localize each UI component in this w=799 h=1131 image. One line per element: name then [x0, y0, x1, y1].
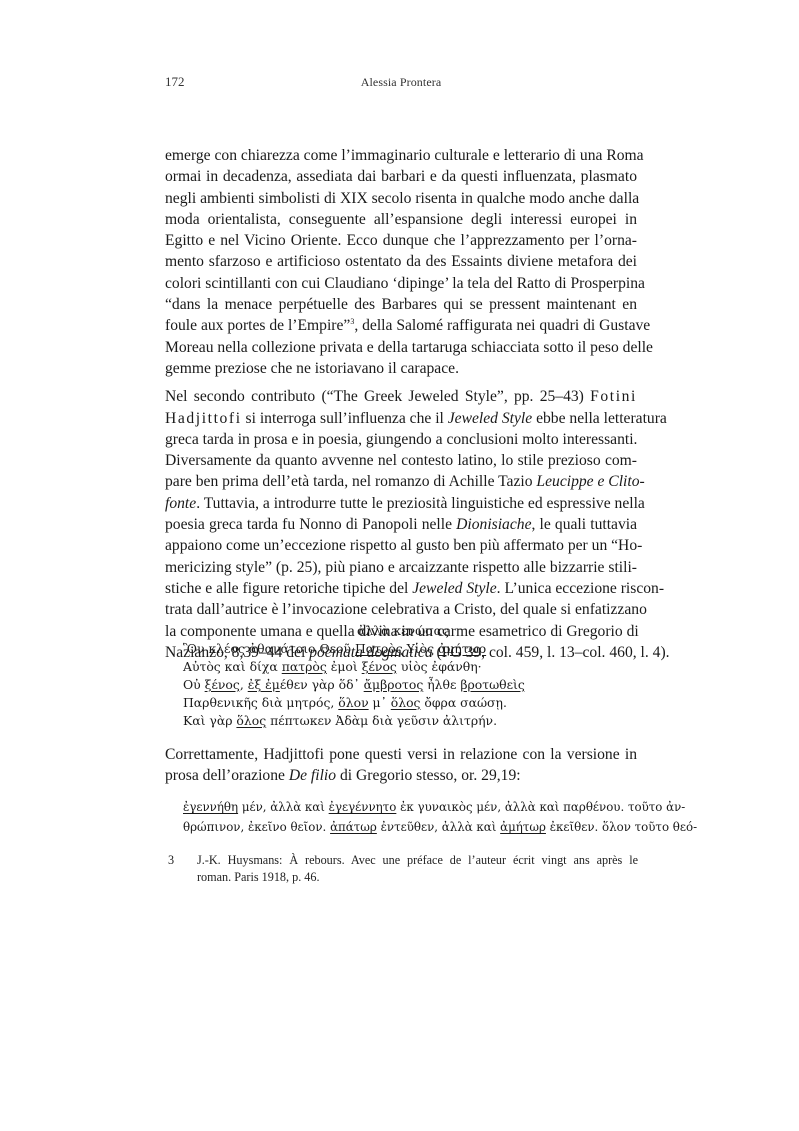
text-fragment: , le quali tuttavia	[532, 516, 638, 533]
verse-fragment: υἱὸς ἐφάνθη·	[397, 659, 482, 674]
footnote-line: roman. Paris 1918, p. 46.	[197, 869, 638, 886]
text-fragment: foule aux portes de l’Empire”	[165, 317, 350, 334]
verse-line: Οὐ ξένος, ἐξ ἐμέθεν γὰρ ὅδ᾽ ἄμβροτος ἦλθ…	[183, 676, 503, 694]
italic-term: Jeweled Style	[448, 410, 532, 427]
verse-fragment: Αὐτὸς καὶ δίχα	[183, 659, 282, 674]
text-fragment: prosa dell’orazione	[165, 767, 289, 784]
text-line: prosa dell’orazione De filio di Gregorio…	[165, 765, 637, 786]
verse-fragment: Υἱὸς	[403, 641, 438, 656]
underlined-word: ἀμήτωρ	[438, 641, 486, 656]
text-line: moda orientalista, conseguente all’espan…	[165, 209, 637, 230]
greek-verse-quotation: ἀλλὰ κενώσας Ὃν κλέος ἀθανάτοιο Θεοῦ Πατ…	[183, 622, 503, 730]
text-fragment: ebbe nella letteratura	[532, 410, 667, 427]
verse-fragment: ἦλθε	[423, 677, 460, 692]
verse-fragment: πέπτωκεν Ἀδὰμ διὰ γεῦσιν ἀλιτρήν.	[266, 713, 497, 728]
text-line: Egitto e nel Vicino Oriente. Ecco dunque…	[165, 230, 637, 251]
italic-term: Jeweled Style	[412, 580, 496, 597]
text-fragment: si interroga sull’influenza che il	[242, 410, 448, 427]
text-line: emerge con chiarezza come l’immaginario …	[165, 145, 637, 166]
running-head-author: Alessia Prontera	[165, 75, 637, 90]
greek-line: ἐγεννήθη μέν, ἀλλὰ καὶ ἐγεγέννητο ἐκ γυν…	[183, 797, 637, 817]
text-fragment: di Gregorio stesso, or. 29,19:	[336, 767, 521, 784]
greek-line: θρώπινον, ἐκεῖνο θεῖον. ἀπάτωρ ἐντεῦθεν,…	[183, 817, 637, 837]
book-page: 172 Alessia Prontera emerge con chiarezz…	[0, 0, 799, 1131]
verse-fragment: Ὃν κλέος ἀθανάτοιο Θεοῦ	[183, 641, 355, 656]
text-line: Correttamente, Hadjittofi pone questi ve…	[165, 744, 637, 765]
verse-fragment: Οὐ	[183, 677, 205, 692]
text-fragment: , della Salomé raffigurata nei quadri di…	[354, 317, 650, 334]
text-line: greca tarda in prosa e in poesia, giunge…	[165, 429, 637, 450]
text-line: ormai in decadenza, assediata dai barbar…	[165, 166, 637, 187]
greek-fragment: ἐντεῦθεν, ἀλλὰ καὶ	[377, 820, 500, 834]
footnote-3: 3 J.-K. Huysmans: À rebours. Avec une pr…	[168, 852, 638, 886]
text-fragment: poesia greca tarda fu Nonno di Panopoli …	[165, 516, 456, 533]
verse-line: Καὶ γὰρ ὅλος πέπτωκεν Ἀδὰμ διὰ γεῦσιν ἀλ…	[183, 712, 503, 730]
footnote-line: J.-K. Huysmans: À rebours. Avec une préf…	[197, 852, 638, 869]
underlined-word: ἄμβροτος	[364, 677, 424, 692]
running-header: 172 Alessia Prontera	[165, 74, 637, 90]
verse-line: Αὐτὸς καὶ δίχα πατρὸς ἐμοὶ ξένος υἱὸς ἐφ…	[183, 658, 503, 676]
verse-head: ἀλλὰ κενώσας	[183, 622, 503, 640]
text-line: poesia greca tarda fu Nonno di Panopoli …	[165, 514, 637, 535]
italic-title: De filio	[289, 767, 336, 784]
text-fragment: . L’unica eccezione riscon-	[497, 580, 664, 597]
text-line: Diversamente da quanto avvenne nel conte…	[165, 450, 637, 471]
verse-fragment: ,	[240, 677, 248, 692]
underlined-word: ὅλον	[338, 695, 368, 710]
paragraph-1: emerge con chiarezza come l’immaginario …	[165, 145, 637, 379]
italic-title: Leucippe e Clito-	[536, 473, 644, 490]
underlined-word: βροτωθεὶς	[460, 677, 525, 692]
greek-fragment: μέν, ἀλλὰ καὶ	[238, 800, 329, 814]
text-line: pare ben prima dell’età tarda, nel roman…	[165, 471, 637, 492]
underlined-word: ξένος	[362, 659, 397, 674]
text-fragment: . Tuttavia, a introdurre tutte le prezio…	[196, 495, 645, 512]
underlined-word: ἀμήτωρ	[500, 820, 546, 834]
text-line: negli ambienti simbolisti di XIX secolo …	[165, 188, 637, 209]
text-line: trata dall’autrice è l’invocazione celeb…	[165, 599, 637, 620]
verse-fragment: Παρθενικῆς διὰ μητρός,	[183, 695, 338, 710]
verse-fragment: έθεν γὰρ ὅδ᾽	[280, 677, 364, 692]
text-line: mericizing style” (p. 25), più piano e a…	[165, 557, 637, 578]
greek-fragment: ἐκεῖθεν. ὅλον τοῦτο θεό-	[546, 820, 697, 834]
greek-fragment: θρώπινον, ἐκεῖνο θεῖον.	[183, 820, 330, 834]
underlined-word: ξένος	[205, 677, 240, 692]
underlined-word: Πατρὸς	[355, 641, 403, 656]
footnote-text: J.-K. Huysmans: À rebours. Avec une préf…	[197, 852, 638, 886]
text-fragment: pare ben prima dell’età tarda, nel roman…	[165, 473, 536, 490]
paragraph-3: Correttamente, Hadjittofi pone questi ve…	[165, 744, 637, 787]
underlined-word: ἀπάτωρ	[330, 820, 377, 834]
underlined-word: ὅλος	[236, 713, 266, 728]
underlined-word: ἐγεννήθη	[183, 800, 238, 814]
footnote-number: 3	[168, 852, 174, 869]
underlined-word: ἐγεγέννητο	[329, 800, 397, 814]
text-line: Moreau nella collezione privata e della …	[165, 337, 637, 358]
text-line: stiche e alle figure retoriche tipiche d…	[165, 578, 637, 599]
italic-title: fonte	[165, 495, 196, 512]
text-line: “dans la menace perpétuelle des Barbares…	[165, 294, 637, 315]
text-line: foule aux portes de l’Empire”3, della Sa…	[165, 315, 637, 336]
author-name: Hadjittofi	[165, 410, 242, 427]
verse-fragment: Καὶ γὰρ	[183, 713, 236, 728]
text-line: Nel secondo contributo (“The Greek Jewel…	[165, 386, 637, 407]
verse-line: Ὃν κλέος ἀθανάτοιο Θεοῦ Πατρὸς Υἱὸς ἀμήτ…	[183, 640, 503, 658]
text-line: mento sfarzoso e artificioso ostentato d…	[165, 251, 637, 272]
verse-fragment: μ᾽	[369, 695, 391, 710]
text-line: Hadjittofi si interroga sull’influenza c…	[165, 408, 637, 429]
text-line: gemme preziose che ne istoriavano il car…	[165, 358, 637, 379]
text-line: colori scintillanti con cui Claudiano ‘d…	[165, 273, 637, 294]
text-line: fonte. Tuttavia, a introdurre tutte le p…	[165, 493, 637, 514]
text-fragment: stiche e alle figure retoriche tipiche d…	[165, 580, 412, 597]
greek-fragment: ἐκ γυναικὸς μέν, ἀλλὰ καὶ παρθένου. τοῦτ…	[396, 800, 685, 814]
italic-title: Dionisiache	[456, 516, 531, 533]
main-text: emerge con chiarezza come l’immaginario …	[165, 145, 637, 663]
underlined-word: ἐξ ἐμ	[248, 677, 280, 692]
text-line: appaiono come un’eccezione rispetto al g…	[165, 535, 637, 556]
text-fragment: Nel secondo contributo (“The Greek Jewel…	[165, 388, 590, 405]
underlined-word: πατρὸς	[282, 659, 327, 674]
verse-fragment: ἐμοὶ	[327, 659, 362, 674]
greek-prose-quotation: ἐγεννήθη μέν, ἀλλὰ καὶ ἐγεγέννητο ἐκ γυν…	[183, 797, 637, 837]
underlined-word: ὅλος	[391, 695, 421, 710]
verse-line: Παρθενικῆς διὰ μητρός, ὅλον μ᾽ ὅλος ὄφρα…	[183, 694, 503, 712]
verse-fragment: ὄφρα σαώσῃ.	[420, 695, 506, 710]
author-name: Fotini	[590, 388, 637, 405]
